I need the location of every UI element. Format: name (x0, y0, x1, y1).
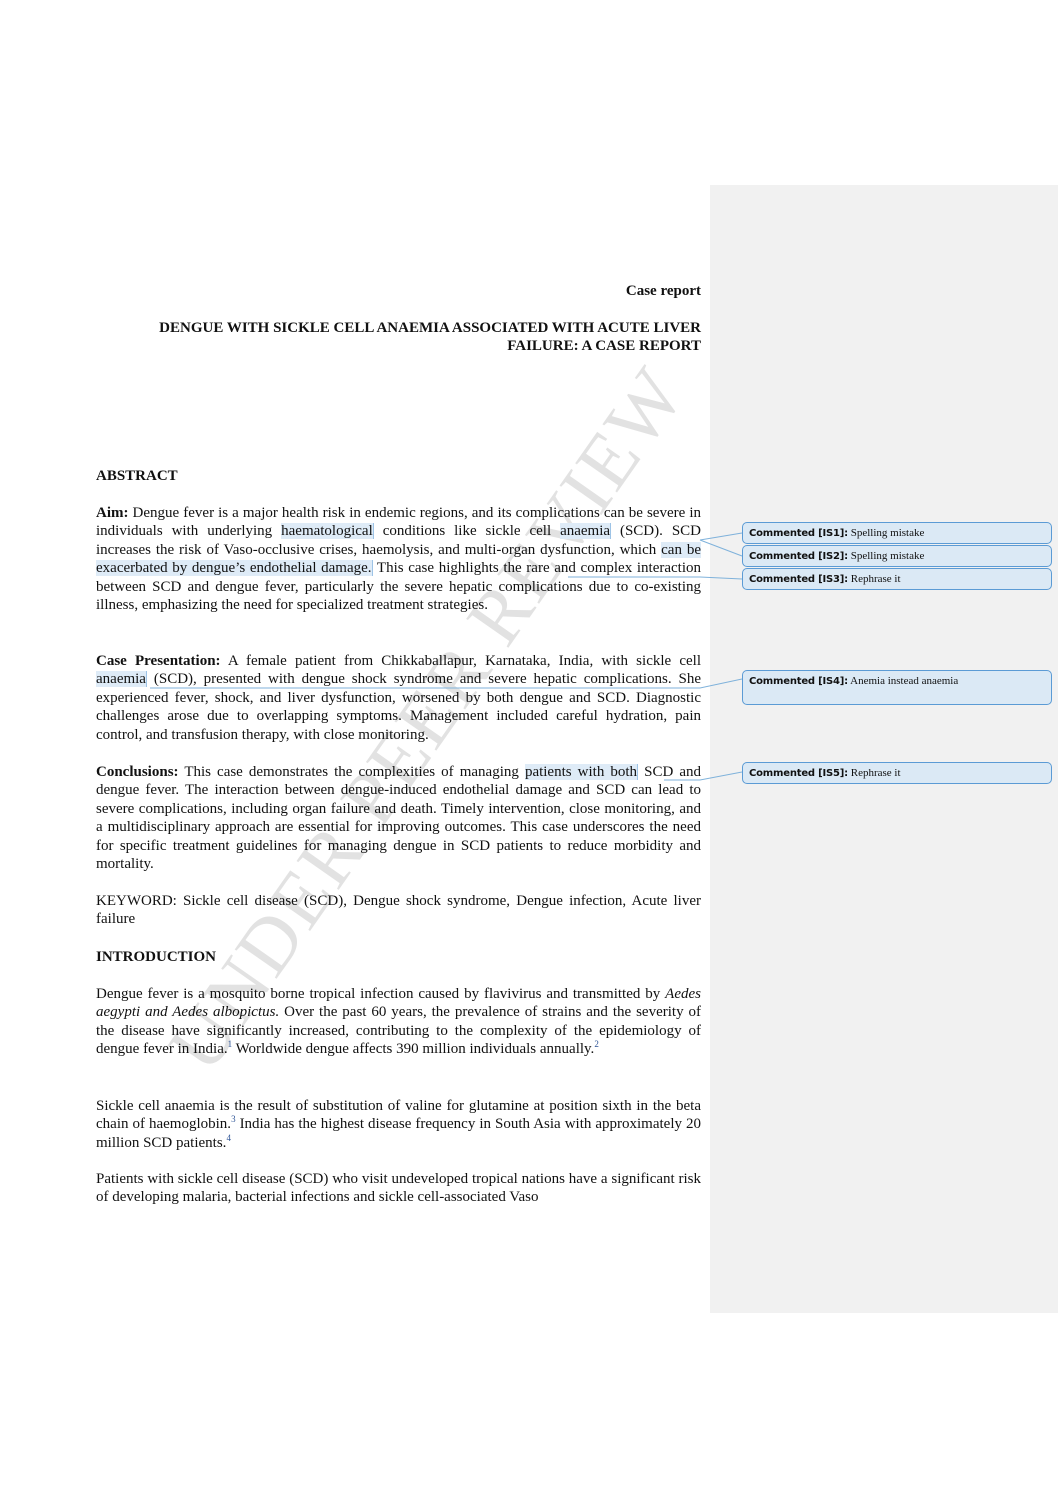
abstract-aim: Aim: Dengue fever is a major health risk… (96, 504, 701, 614)
aim-text-2: conditions like sickle cell (374, 523, 560, 539)
comment-id: Commented [IS3]: (749, 574, 848, 585)
case-text-2: (SCD), presented with dengue shock syndr… (96, 671, 701, 742)
introduction-heading: INTRODUCTION (96, 948, 701, 966)
comment-id: Commented [IS1]: (749, 528, 848, 539)
comment-text: Anemia instead anaemia (848, 675, 958, 687)
abstract-heading: ABSTRACT (96, 467, 701, 485)
conclusions-label: Conclusions: (96, 764, 179, 780)
title-line-1: DENGUE WITH SICKLE CELL ANAEMIA ASSOCIAT… (96, 319, 701, 337)
comment-text: Spelling mistake (848, 550, 924, 562)
intro1-text-1: Dengue fever is a mosquito borne tropica… (96, 986, 665, 1002)
comment-id: Commented [IS2]: (749, 551, 848, 562)
abstract-case-presentation: Case Presentation: A female patient from… (96, 652, 701, 744)
highlight-is4[interactable]: anaemia (96, 671, 147, 687)
intro-paragraph-2: Sickle cell anaemia is the result of sub… (96, 1097, 701, 1152)
title-line-2: FAILURE: A CASE REPORT (96, 337, 701, 355)
aim-label: Aim: (96, 505, 129, 521)
comment-id: Commented [IS4]: (749, 676, 848, 687)
comment-is4[interactable]: Commented [IS4]: Anemia instead anaemia (742, 670, 1052, 705)
comment-id: Commented [IS5]: (749, 768, 848, 779)
conclusions-text-1: This case demonstrates the complexities … (179, 764, 525, 780)
conclusions-text-2: SCD and dengue fever. The interaction be… (96, 764, 701, 872)
intro-paragraph-3: Patients with sickle cell disease (SCD) … (96, 1170, 701, 1207)
intro-paragraph-1: Dengue fever is a mosquito borne tropica… (96, 985, 701, 1059)
keywords: KEYWORD: Sickle cell disease (SCD), Deng… (96, 892, 701, 929)
highlight-is2[interactable]: anaemia (560, 523, 611, 539)
highlight-is1[interactable]: haematological (281, 523, 374, 539)
case-text-1: A female patient from Chikkaballapur, Ka… (221, 653, 701, 669)
comment-is2[interactable]: Commented [IS2]: Spelling mistake (742, 545, 1052, 567)
comment-pane (710, 185, 1058, 1313)
comment-is5[interactable]: Commented [IS5]: Rephrase it (742, 762, 1052, 784)
highlight-is5[interactable]: patients with both (525, 764, 638, 780)
comment-is1[interactable]: Commented [IS1]: Spelling mistake (742, 522, 1052, 544)
comment-is3[interactable]: Commented [IS3]: Rephrase it (742, 568, 1052, 590)
case-presentation-label: Case Presentation: (96, 653, 221, 669)
comment-text: Spelling mistake (848, 527, 924, 539)
article-type: Case report (96, 282, 701, 300)
comment-text: Rephrase it (848, 767, 901, 779)
document-page: UNDER PEER REVIEW Case report DENGUE WIT… (0, 0, 1058, 1497)
abstract-conclusions: Conclusions: This case demonstrates the … (96, 763, 701, 873)
reference-2[interactable]: 2 (594, 1039, 599, 1049)
reference-4[interactable]: 4 (226, 1133, 231, 1143)
comment-text: Rephrase it (848, 573, 901, 585)
intro1-text-3: Worldwide dengue affects 390 million ind… (232, 1041, 594, 1057)
